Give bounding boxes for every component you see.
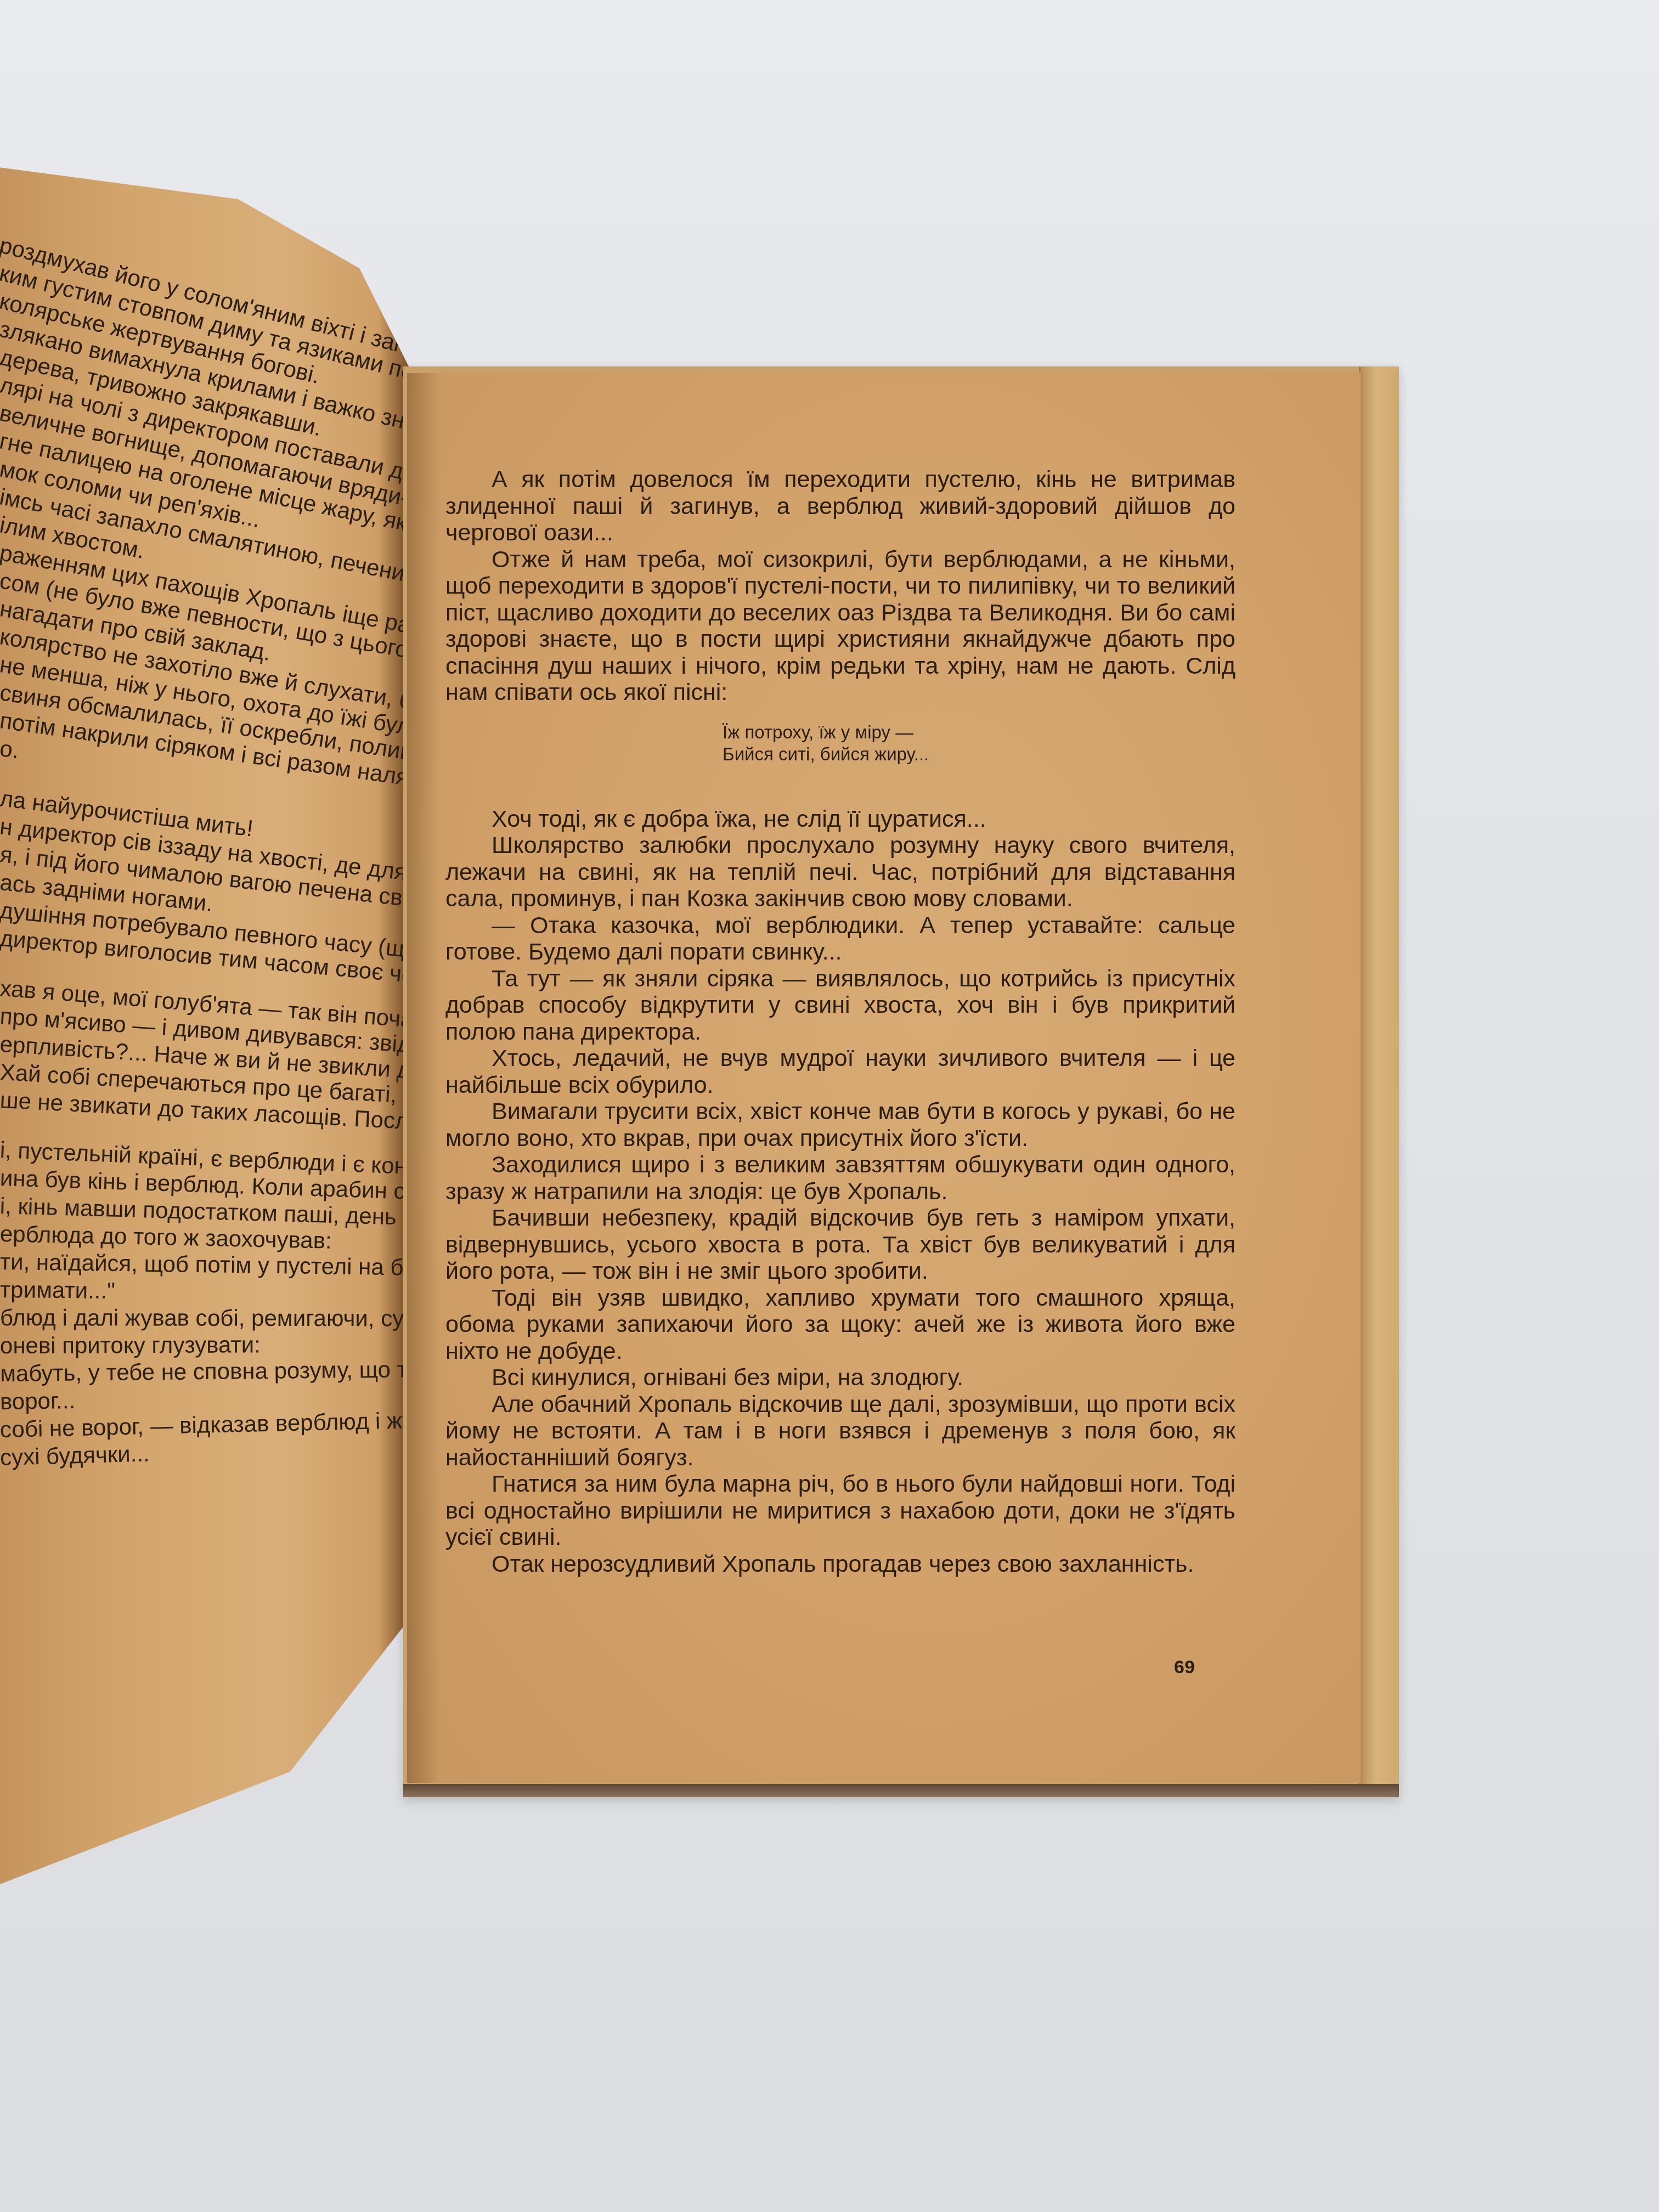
paragraph: — Отака казочка, мої верблюдики. А тепер…	[445, 912, 1235, 966]
poem-line: Бийся ситі, бийся жиру...	[723, 743, 1513, 765]
left-page-line: блюд і далі жував собі, ремигаючи, сухі …	[0, 1304, 417, 1332]
page-number: 69	[1174, 1657, 1195, 1678]
paragraph: Отак нерозсудливий Хропаль прогадав чере…	[445, 1551, 1235, 1578]
left-page-text: роздмухав його у солом'яним віхті і запа…	[0, 230, 417, 1471]
open-book: роздмухав його у солом'яним віхті і запа…	[0, 0, 1659, 2212]
paragraph: Але обачний Хропаль відскочив ще далі, з…	[445, 1391, 1235, 1471]
right-page: А як потім довелося їм переходити пустел…	[407, 373, 1363, 1783]
left-page-curled: роздмухав його у солом'яним віхті і запа…	[0, 165, 411, 1893]
paragraph: Всі кинулися, огнівані без міри, на злод…	[445, 1364, 1235, 1391]
paragraph: Хоч тоді, як є добра їжа, не слід її цур…	[445, 806, 1235, 833]
paragraph: Вимагали трусити всіх, хвіст конче мав б…	[445, 1098, 1235, 1152]
right-page-text: А як потім довелося їм переходити пустел…	[445, 466, 1235, 1577]
paragraph: Та тут — як зняли сіряка — виявлялось, щ…	[445, 966, 1235, 1046]
page-edges	[1359, 366, 1399, 1797]
paragraph: Бачивши небезпеку, крадій відскочив був …	[445, 1205, 1235, 1285]
left-page-line: оневі притоку глузувати:	[0, 1330, 417, 1359]
paragraph: Школярство залюбки прослухало розумну на…	[445, 832, 1235, 912]
paragraph: Заходилися щиро і з великим завзяттям об…	[445, 1152, 1235, 1205]
paragraph: Тоді він узяв швидко, хапливо хрумати то…	[445, 1285, 1235, 1365]
poem-line: Їж потроху, їж у міру —	[723, 721, 1513, 743]
paragraph: Гнатися за ним була марна річ, бо в ньог…	[445, 1471, 1235, 1551]
paragraph: А як потім довелося їм переходити пустел…	[445, 466, 1235, 546]
poem-quote: Їж потроху, їж у міру — Бийся ситі, бийс…	[723, 721, 1513, 765]
book-bottom-edge	[403, 1784, 1399, 1797]
left-page-line: тримати..."	[0, 1276, 417, 1307]
paragraph: Хтось, ледачий, не вчув мудрої науки зич…	[445, 1045, 1235, 1098]
paragraph: Отже й нам треба, мої сизокрилі, бути ве…	[445, 546, 1235, 706]
